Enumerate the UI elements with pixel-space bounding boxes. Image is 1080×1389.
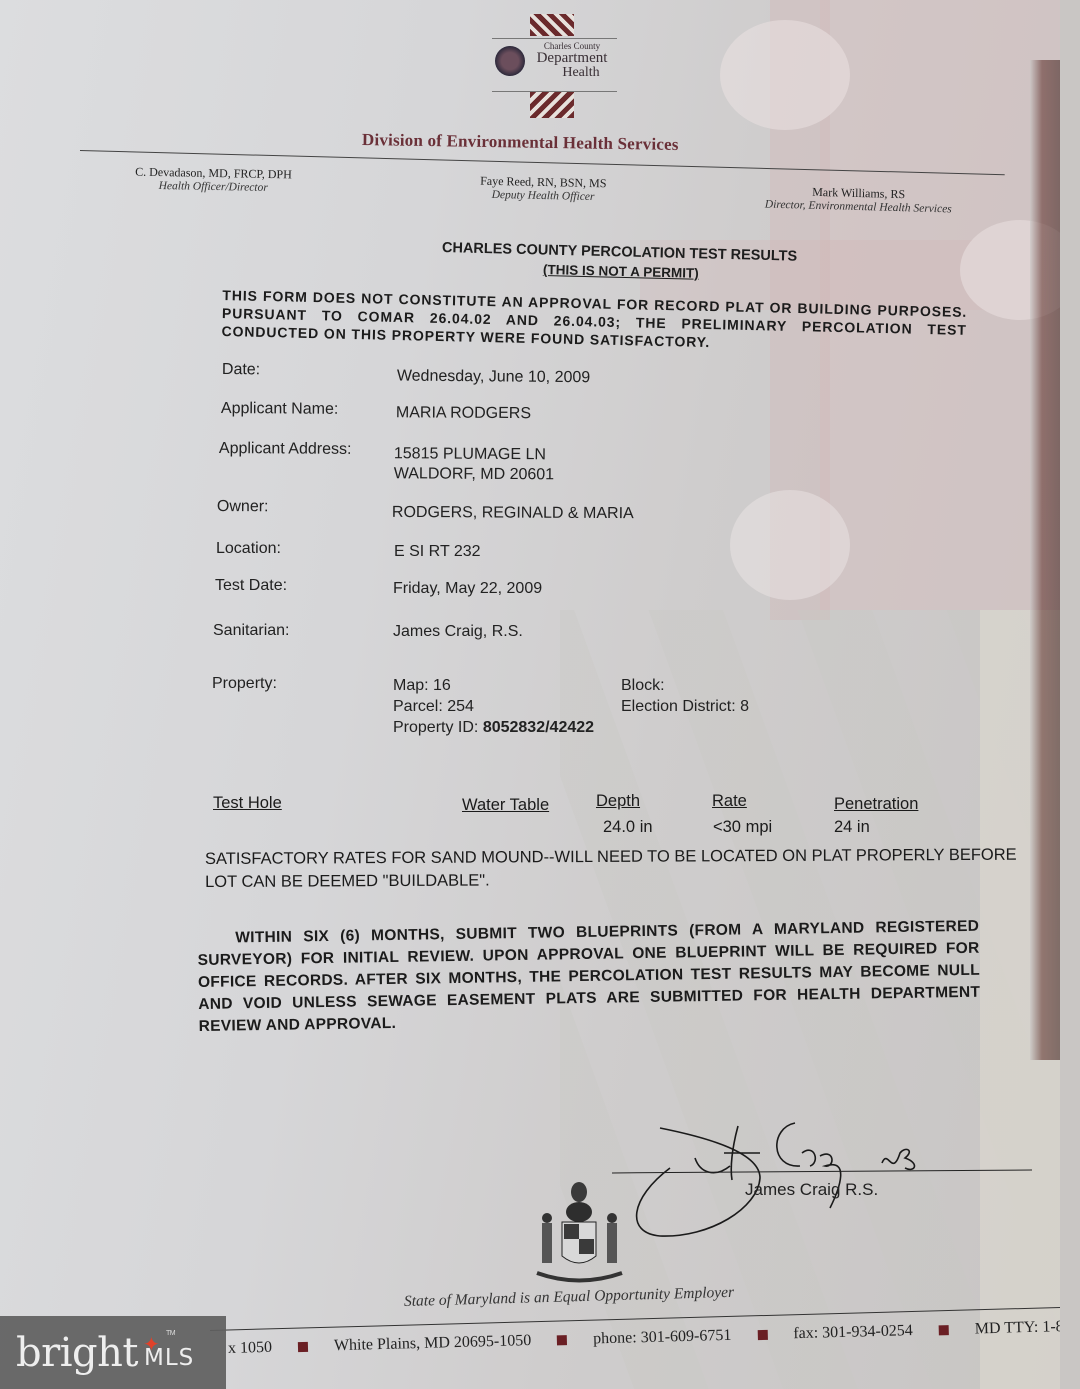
header-rate: Rate [712,792,747,811]
property-id: Property ID: 8052832/42422 [393,717,594,738]
background-object [1030,60,1060,1060]
property-id-label: Property ID: [393,719,483,736]
document-subtitle: (THIS IS NOT A PERMIT) [543,262,699,281]
field-label: Owner: [217,498,269,516]
header-test-hole: Test Hole [213,794,282,813]
property-parcel: Parcel: 254 [393,696,594,717]
instructions-body: WITHIN SIX (6) MONTHS, SUBMIT TWO BLUEPR… [198,918,981,1035]
field-value: Wednesday, June 10, 2009 [397,367,590,389]
maryland-flag-icon [530,14,574,36]
signer-name: James Craig R.S. [745,1180,878,1200]
officer-env-director: Mark Williams, RS Director, Environmenta… [765,185,953,217]
trademark-mark: TM [166,1330,175,1337]
star-icon: ✦ [143,1332,159,1356]
cell-rate: <30 mpi [713,818,772,837]
officer-title: Deputy Health Officer [480,188,607,204]
cell-depth: 24.0 in [603,818,653,837]
property-details: Map: 16 Parcel: 254 Property ID: 8052832… [393,675,594,738]
header-water-table: Water Table [462,796,549,815]
field-label: Date: [222,361,260,379]
property-map: Map: 16 [393,675,594,696]
maryland-state-seal-icon [532,1178,627,1288]
equal-opportunity-statement: State of Maryland is an Equal Opportunit… [404,1284,735,1311]
footer-phone: phone: 301-609-6751 [593,1327,732,1349]
division-title: Division of Environmental Health Service… [362,130,679,155]
field-label: Test Date: [215,577,287,595]
logo-line-2: Department [526,51,618,66]
bullet-square-icon [557,1335,567,1345]
footer-fax: fax: 301-934-0254 [793,1322,913,1343]
instructions-text: WITHIN SIX (6) MONTHS, SUBMIT TWO BLUEPR… [197,916,981,1038]
footer-address: White Plains, MD 20695-1050 [334,1332,532,1355]
field-value: James Craig, R.S. [393,622,523,642]
field-label: Applicant Name: [221,400,339,419]
field-label: Applicant Address: [219,440,352,459]
cell-penetration: 24 in [834,818,870,837]
document-page: Charles County Department Health Divisio… [0,0,1060,1389]
property-block: Block: [621,675,665,696]
property-id-value: 8052832/42422 [483,719,594,736]
field-value: E SI RT 232 [394,542,481,562]
department-logo: Charles County Department Health [492,14,617,119]
results-note: SATISFACTORY RATES FOR SAND MOUND--WILL … [205,844,1050,894]
document-title: CHARLES COUNTY PERCOLATION TEST RESULTS [442,240,798,265]
property-label: Property: [212,675,277,693]
header-depth: Depth [596,792,640,811]
brand-logo: bright ✦ TM [16,1330,138,1376]
indent [197,942,235,943]
address-line-2: WALDORF, MD 20601 [394,464,554,485]
footer-po-box: x 1050 [228,1339,272,1358]
field-label: Location: [216,540,281,558]
header-penetration: Penetration [834,795,918,814]
brand-name: bright [16,1330,138,1376]
watermark-cross-lobe [720,20,850,130]
officer-deputy: Faye Reed, RN, BSN, MS Deputy Health Off… [480,175,607,205]
footer-contact: x 1050 White Plains, MD 20695-1050 phone… [228,1317,1060,1358]
bullet-square-icon [757,1330,767,1340]
address-line-1: 15815 PLUMAGE LN [394,444,546,465]
disclaimer-text: THIS FORM DOES NOT CONSTITUTE AN APPROVA… [221,286,967,357]
watermark-cross-lobe [730,490,850,600]
county-seal-icon [495,46,525,76]
property-election-district: Election District: 8 [621,696,749,717]
bullet-square-icon [939,1325,949,1335]
officer-health-director: C. Devadason, MD, FRCP, DPH Health Offic… [135,166,292,196]
field-label: Sanitarian: [213,622,290,640]
logo-text: Charles County Department Health [526,42,618,80]
bullet-square-icon [298,1342,308,1352]
logo-line-3: Health [526,66,618,80]
field-value: RODGERS, REGINALD & MARIA [392,503,634,524]
footer-tty: MD TTY: 1-800-735 [975,1317,1060,1339]
officer-title: Health Officer/Director [135,179,292,195]
bright-mls-watermark: bright ✦ TM MLS [0,1316,226,1389]
field-value: MARIA RODGERS [396,403,531,424]
maryland-flag-icon [530,92,574,118]
field-value: Friday, May 22, 2009 [393,579,542,599]
